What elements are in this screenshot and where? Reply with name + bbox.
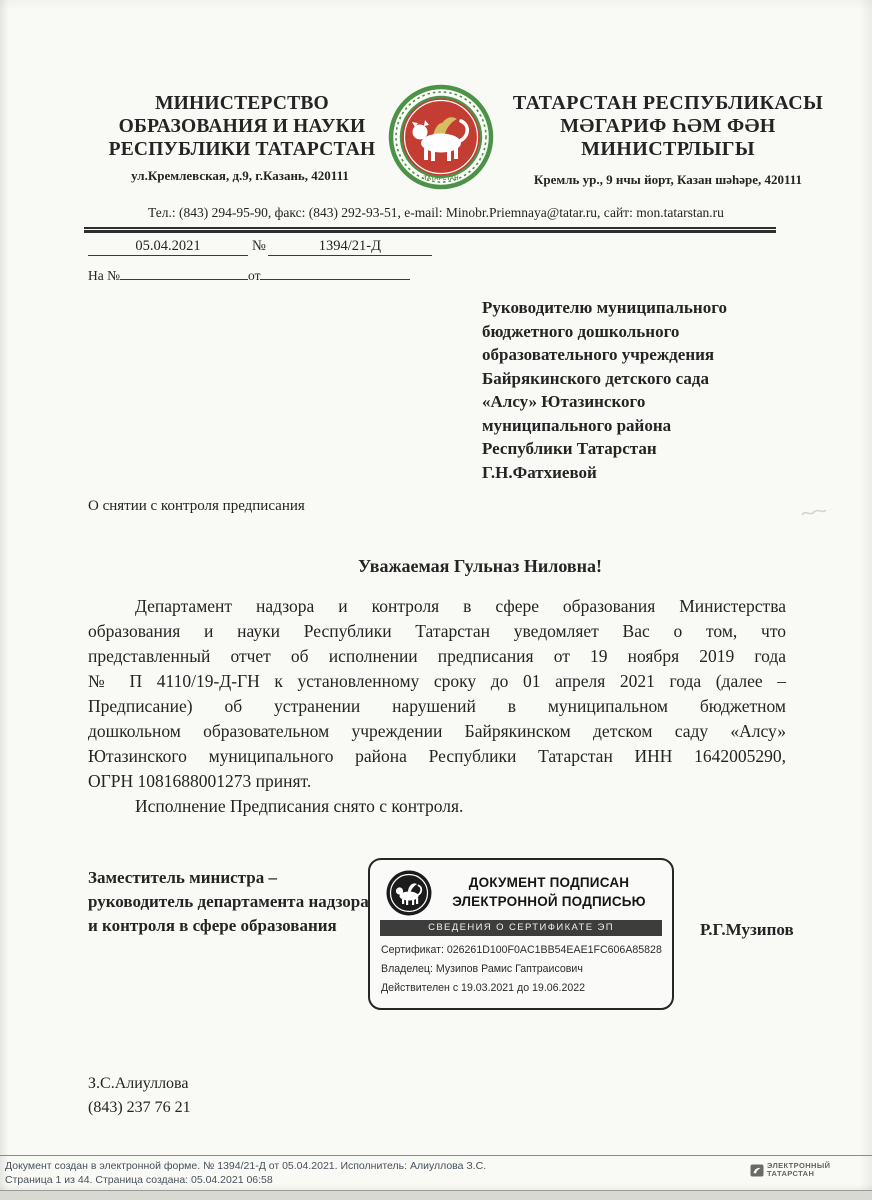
stamp-title: ДОКУМЕНТ ПОДПИСАН ЭЛЕКТРОННОЙ ПОДПИСЬЮ	[436, 873, 662, 911]
ministry-name-tatar-line3: МИНИСТРЛЫГЫ	[496, 138, 840, 161]
signatory-position: Заместитель министра – руководитель депа…	[88, 866, 369, 938]
logo-text-line2: ТАТАРСТАН	[767, 1170, 830, 1178]
footer-meta-line1: Документ создан в электронной форме. № 1…	[5, 1160, 486, 1174]
letter-date: 05.04.2021	[88, 238, 248, 256]
body-line: дошкольном образовательном учреждении Ба…	[88, 719, 786, 744]
salutation: Уважаемая Гульназ Ниловна!	[300, 556, 660, 577]
stamp-title-line2: ЭЛЕКТРОННОЙ ПОДПИСЬЮ	[436, 892, 662, 911]
body-line: образования и науки Республики Татарстан…	[88, 619, 786, 644]
ministry-name-ru-line3: РЕСПУБЛИКИ ТАТАРСТАН	[92, 138, 392, 161]
recipient-line: образовательного учреждения	[482, 343, 827, 367]
stamp-validity: Действителен с 19.03.2021 до 19.06.2022	[381, 979, 667, 998]
subject-line: О снятии с контроля предписания	[88, 498, 305, 515]
recipient-line: Руководителю муниципального	[482, 296, 827, 320]
footer-meta-line2: Страница 1 из 44. Страница создана: 05.0…	[5, 1174, 486, 1188]
recipient-line: Республики Татарстан	[482, 437, 827, 461]
body-line: представленный отчет об исполнении предп…	[88, 644, 786, 669]
electronic-signature-stamp: ДОКУМЕНТ ПОДПИСАН ЭЛЕКТРОННОЙ ПОДПИСЬЮ С…	[368, 858, 674, 1010]
recipient-line: Г.Н.Фатхиевой	[482, 461, 827, 485]
stamp-emblem-icon	[385, 869, 433, 917]
recipient-line: Байрякинского детского сада	[482, 367, 827, 391]
stamp-certificate-number: Сертификат: 026261D100F0AC1BB54EAE1FC606…	[381, 941, 667, 960]
footer-meta: Документ создан в электронной форме. № 1…	[5, 1160, 486, 1187]
pencil-mark	[800, 505, 828, 526]
reply-label: На №	[88, 268, 120, 283]
stamp-owner: Владелец: Музипов Рамис Гаптраисович	[381, 960, 667, 979]
electronic-tatarstan-logo-icon	[750, 1164, 764, 1177]
tatarstan-coat-of-arms-icon: ТАТАРСТАН	[388, 84, 494, 190]
reply-number-blank	[120, 279, 248, 280]
ministry-address-tatar: Кремль ур., 9 нчы йорт, Казан шәһәре, 42…	[496, 172, 840, 188]
body-line: Предписание) об устранении нарушений в м…	[88, 694, 786, 719]
emblem-caption: ТАТАРСТАН	[424, 176, 459, 182]
executor-name: З.С.Алиуллова	[88, 1072, 191, 1096]
ministry-name-ru-line1: МИНИСТЕРСТВО	[92, 92, 392, 115]
ministry-name-tatar-line1: ТАТАРСТАН РЕСПУБЛИКАСЫ	[496, 92, 840, 115]
stamp-details: Сертификат: 026261D100F0AC1BB54EAE1FC606…	[381, 941, 667, 998]
recipient-line: «Алсу» Ютазинского	[482, 390, 827, 414]
ministry-address-ru: ул.Кремлевская, д.9, г.Казань, 420111	[80, 168, 400, 184]
reply-from-label: от	[248, 268, 260, 283]
electronic-tatarstan-logo-text: ЭЛЕКТРОННЫЙ ТАТАРСТАН	[767, 1162, 830, 1178]
reference-row: 05.04.2021№1394/21-Д	[88, 238, 432, 256]
reply-reference-row: На №от	[88, 268, 410, 284]
body-line: № П 4110/19-Д-ГН к установленному сроку …	[88, 669, 786, 694]
signatory-position-line: и контроля в сфере образования	[88, 914, 369, 938]
executor-block: З.С.Алиуллова (843) 237 76 21	[88, 1072, 191, 1120]
signatory-position-line: Заместитель министра –	[88, 866, 369, 890]
ministry-name-tatar-line2: МӘГАРИФ ҺӘМ ФӘН	[496, 115, 840, 138]
stamp-title-line1: ДОКУМЕНТ ПОДПИСАН	[436, 873, 662, 892]
number-sign: №	[252, 238, 266, 255]
reply-date-blank	[260, 279, 410, 280]
stamp-certificate-bar: СВЕДЕНИЯ О СЕРТИФИКАТЕ ЭП	[380, 920, 662, 936]
signatory-name: Р.Г.Музипов	[700, 920, 794, 940]
executor-phone: (843) 237 76 21	[88, 1096, 191, 1120]
body-line: Ютазинского муниципального района Респуб…	[88, 744, 786, 769]
recipient-block: Руководителю муниципального бюджетного д…	[482, 296, 827, 484]
ministry-name-ru-line2: ОБРАЗОВАНИЯ И НАУКИ	[92, 115, 392, 138]
ministry-name-ru: МИНИСТЕРСТВО ОБРАЗОВАНИЯ И НАУКИ РЕСПУБЛ…	[92, 92, 392, 161]
recipient-line: муниципального района	[482, 414, 827, 438]
recipient-line: бюджетного дошкольного	[482, 320, 827, 344]
ministry-name-tatar: ТАТАРСТАН РЕСПУБЛИКАСЫ МӘГАРИФ ҺӘМ ФӘН М…	[496, 92, 840, 161]
signatory-position-line: руководитель департамента надзора	[88, 890, 369, 914]
electronic-tatarstan-logo: ЭЛЕКТРОННЫЙ ТАТАРСТАН	[750, 1162, 830, 1178]
body-paragraphs: Департамент надзора и контроля в сфере о…	[88, 594, 786, 819]
scanned-letter-page: МИНИСТЕРСТВО ОБРАЗОВАНИЯ И НАУКИ РЕСПУБЛ…	[0, 0, 872, 1200]
footer-divider-top	[0, 1155, 872, 1156]
body-line: ОГРН 1081688001273 принят.	[88, 769, 786, 794]
contact-line: Тел.: (843) 294-95-90, факс: (843) 292-9…	[60, 205, 812, 221]
body-line: Исполнение Предписания снято с контроля.	[88, 794, 786, 819]
letter-number: 1394/21-Д	[268, 238, 432, 256]
scan-bottom-edge	[0, 1191, 872, 1200]
body-line: Департамент надзора и контроля в сфере о…	[88, 594, 786, 619]
letterhead-divider	[84, 227, 776, 233]
